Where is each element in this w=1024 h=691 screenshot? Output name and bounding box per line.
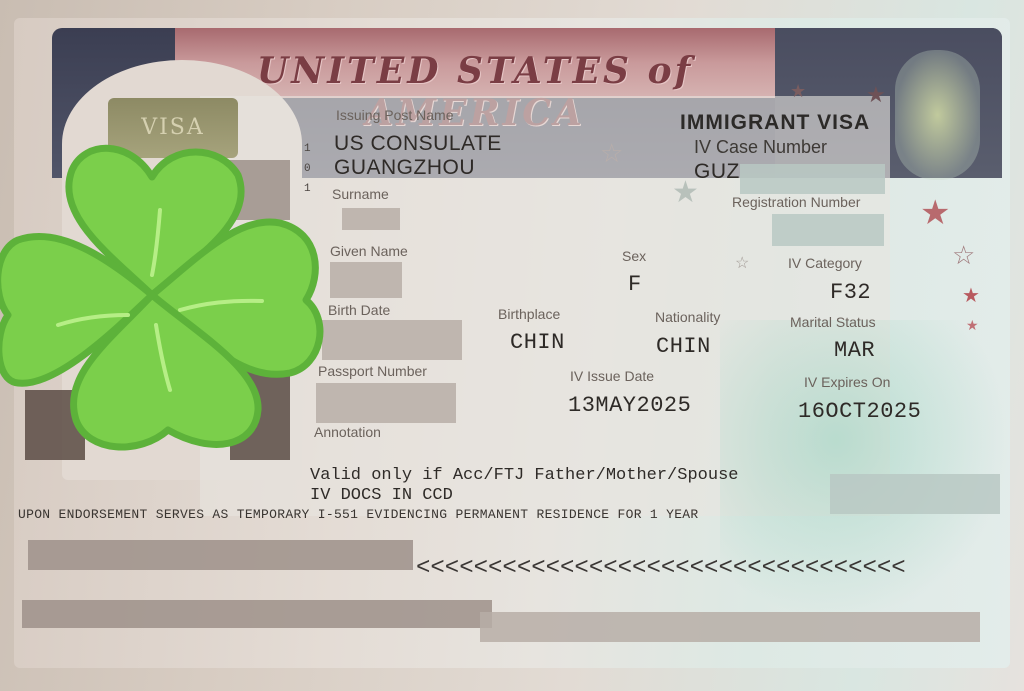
passport-number-label: Passport Number: [318, 363, 427, 379]
surname-label: Surname: [332, 186, 389, 202]
category-label: IV Category: [788, 255, 862, 271]
star-icon: ☆: [952, 242, 975, 268]
four-leaf-clover-icon: [0, 135, 330, 455]
issuing-post-value-line1: US CONSULATE: [334, 132, 502, 156]
nationality-label: Nationality: [655, 309, 720, 325]
annotation-line2: IV DOCS IN CCD: [310, 486, 453, 505]
redacted-case-number: [740, 164, 885, 194]
given-name-label: Given Name: [330, 243, 408, 259]
redacted-mrz-line1: [28, 540, 413, 570]
issuing-post-value-line2: GUANGZHOU: [334, 156, 475, 180]
visa-type-heading: IMMIGRANT VISA: [680, 111, 870, 135]
redacted-given-name: [330, 262, 402, 298]
issuing-post-label: Issuing Post Name: [336, 107, 454, 123]
sex-label: Sex: [622, 248, 646, 264]
redacted-mrz-line2: [480, 612, 980, 642]
annotation-line1: Valid only if Acc/FTJ Father/Mother/Spou…: [310, 466, 738, 485]
star-icon: ★: [962, 286, 980, 306]
marital-status-label: Marital Status: [790, 314, 876, 330]
star-icon: ★: [866, 84, 886, 106]
redacted-registration-number: [772, 214, 884, 246]
star-icon: ★: [790, 82, 806, 100]
issue-date-value: 13MAY2025: [568, 393, 691, 418]
birthplace-label: Birthplace: [498, 306, 560, 322]
sex-value: F: [628, 272, 642, 297]
photo-background: UNITED STATES of AMERICA VISA ☆ ★ ★ ★ ☆ …: [0, 0, 1024, 691]
star-icon: ★: [966, 318, 979, 332]
redacted-passport-number: [316, 383, 456, 423]
birth-date-label: Birth Date: [328, 302, 390, 318]
expires-on-label: IV Expires On: [804, 374, 890, 390]
category-value: F32: [830, 280, 871, 305]
star-icon: ★: [920, 196, 950, 230]
endorsement-text: UPON ENDORSEMENT SERVES AS TEMPORARY I-5…: [18, 507, 699, 522]
case-number-prefix: GUZ: [694, 160, 740, 184]
redacted-annotation: [830, 474, 1000, 514]
registration-number-label: Registration Number: [732, 194, 860, 210]
expires-on-value: 16OCT2025: [798, 399, 921, 424]
case-number-label: IV Case Number: [694, 137, 827, 158]
marital-status-value: MAR: [834, 338, 875, 363]
issue-date-label: IV Issue Date: [570, 368, 654, 384]
redacted-surname: [342, 208, 400, 230]
redacted-birth-date: [322, 320, 462, 360]
hologram: [895, 50, 980, 180]
birthplace-value: CHIN: [510, 330, 565, 355]
redacted-mrz-line2: [22, 600, 492, 628]
star-icon: ☆: [600, 140, 623, 166]
nationality-value: CHIN: [656, 334, 711, 359]
mrz-line1-fill: <<<<<<<<<<<<<<<<<<<<<<<<<<<<<<<<<<: [416, 555, 906, 582]
star-icon: ☆: [735, 256, 749, 272]
